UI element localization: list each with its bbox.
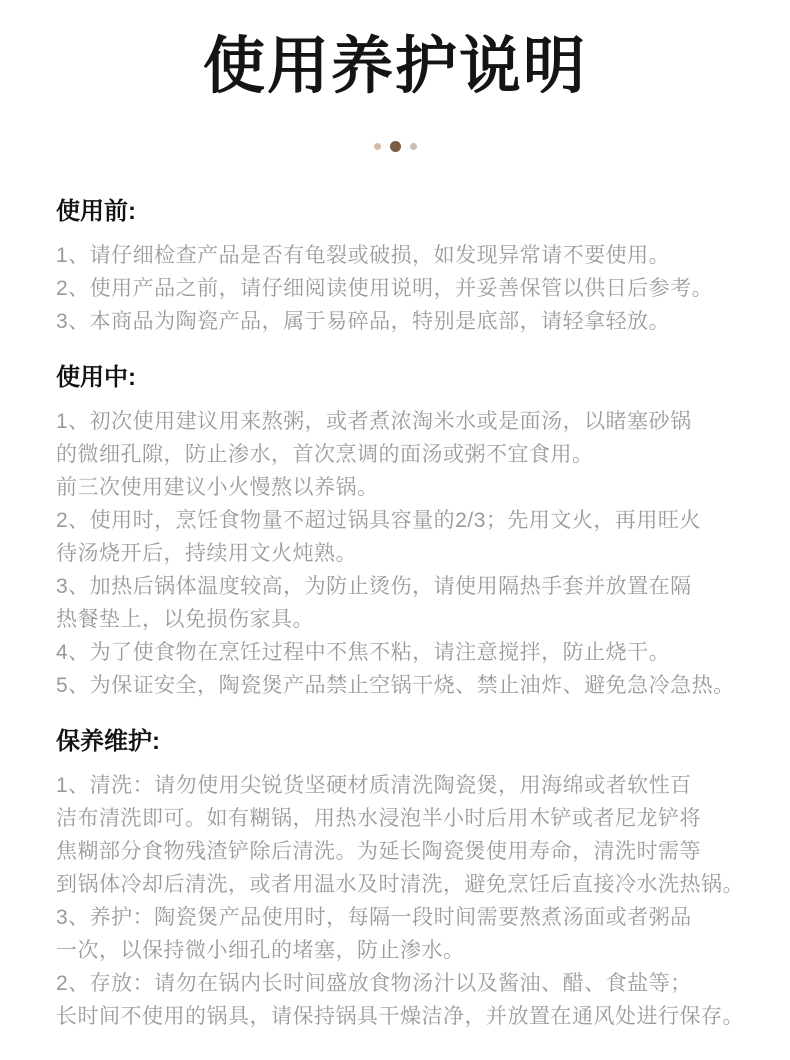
section-heading-during-use: 使用中: [56,362,734,393]
text-line: 一次，以保持微小细孔的堵塞，防止渗水。 [56,934,734,967]
section-before-use: 使用前: 1、请仔细检查产品是否有龟裂或破损，如发现异常请不要使用。 2、使用产… [56,196,734,338]
section-maintenance: 保养维护: 1、清洗：请勿使用尖锐货坚硬材质清洗陶瓷煲，用海绵或者软性百 洁布清… [56,726,734,1033]
text-line: 3、加热后锅体温度较高，为防止烫伤，请使用隔热手套并放置在隔 [56,570,734,603]
text-line: 长时间不使用的锅具，请保持锅具干燥洁净，并放置在通风处进行保存。 [56,1000,734,1033]
text-line: 待汤烧开后，持续用文火炖熟。 [56,537,734,570]
carousel-dot-left [374,143,381,150]
section-heading-maintenance: 保养维护: [56,726,734,757]
text-line: 3、本商品为陶瓷产品，属于易碎品，特别是底部，请轻拿轻放。 [56,305,734,338]
text-line: 的微细孔隙，防止渗水，首次烹调的面汤或粥不宜食用。 [56,438,734,471]
care-instructions-page: 使用养护说明 使用前: 1、请仔细检查产品是否有龟裂或破损，如发现异常请不要使用… [0,30,790,1033]
text-line: 2、存放：请勿在锅内长时间盛放食物汤汁以及酱油、醋、食盐等； [56,967,734,1000]
text-line: 1、初次使用建议用来熬粥，或者煮浓淘米水或是面汤，以睹塞砂锅 [56,405,734,438]
text-line: 5、为保证安全，陶瓷煲产品禁止空锅干烧、禁止油炸、避免急冷急热。 [56,669,734,702]
page-title: 使用养护说明 [0,30,790,104]
text-line: 2、使用产品之前，请仔细阅读使用说明，并妥善保管以供日后参考。 [56,272,734,305]
text-line: 焦糊部分食物残渣铲除后清洗。为延长陶瓷煲使用寿命，清洗时需等 [56,835,734,868]
carousel-dot-active [390,141,401,152]
instructions-content: 使用前: 1、请仔细检查产品是否有龟裂或破损，如发现异常请不要使用。 2、使用产… [0,196,790,1033]
section-heading-before-use: 使用前: [56,196,734,227]
text-line: 1、请仔细检查产品是否有龟裂或破损，如发现异常请不要使用。 [56,239,734,272]
text-line: 3、养护：陶瓷煲产品使用时，每隔一段时间需要熬煮汤面或者粥品 [56,901,734,934]
text-line: 4、为了使食物在烹饪过程中不焦不粘，请注意搅拌，防止烧干。 [56,636,734,669]
text-line: 2、使用时，烹饪食物量不超过锅具容量的2/3；先用文火，再用旺火 [56,504,734,537]
text-line: 前三次使用建议小火慢熬以养锅。 [56,471,734,504]
section-during-use: 使用中: 1、初次使用建议用来熬粥，或者煮浓淘米水或是面汤，以睹塞砂锅 的微细孔… [56,362,734,702]
text-line: 洁布清洗即可。如有糊锅，用热水浸泡半小时后用木铲或者尼龙铲将 [56,802,734,835]
carousel-dot-right [410,143,417,150]
text-line: 1、清洗：请勿使用尖锐货坚硬材质清洗陶瓷煲，用海绵或者软性百 [56,769,734,802]
text-line: 热餐垫上，以免损伤家具。 [56,603,734,636]
text-line: 到锅体冷却后清洗，或者用温水及时清洗，避免烹饪后直接冷水洗热锅。 [56,868,734,901]
carousel-dots [0,140,790,152]
